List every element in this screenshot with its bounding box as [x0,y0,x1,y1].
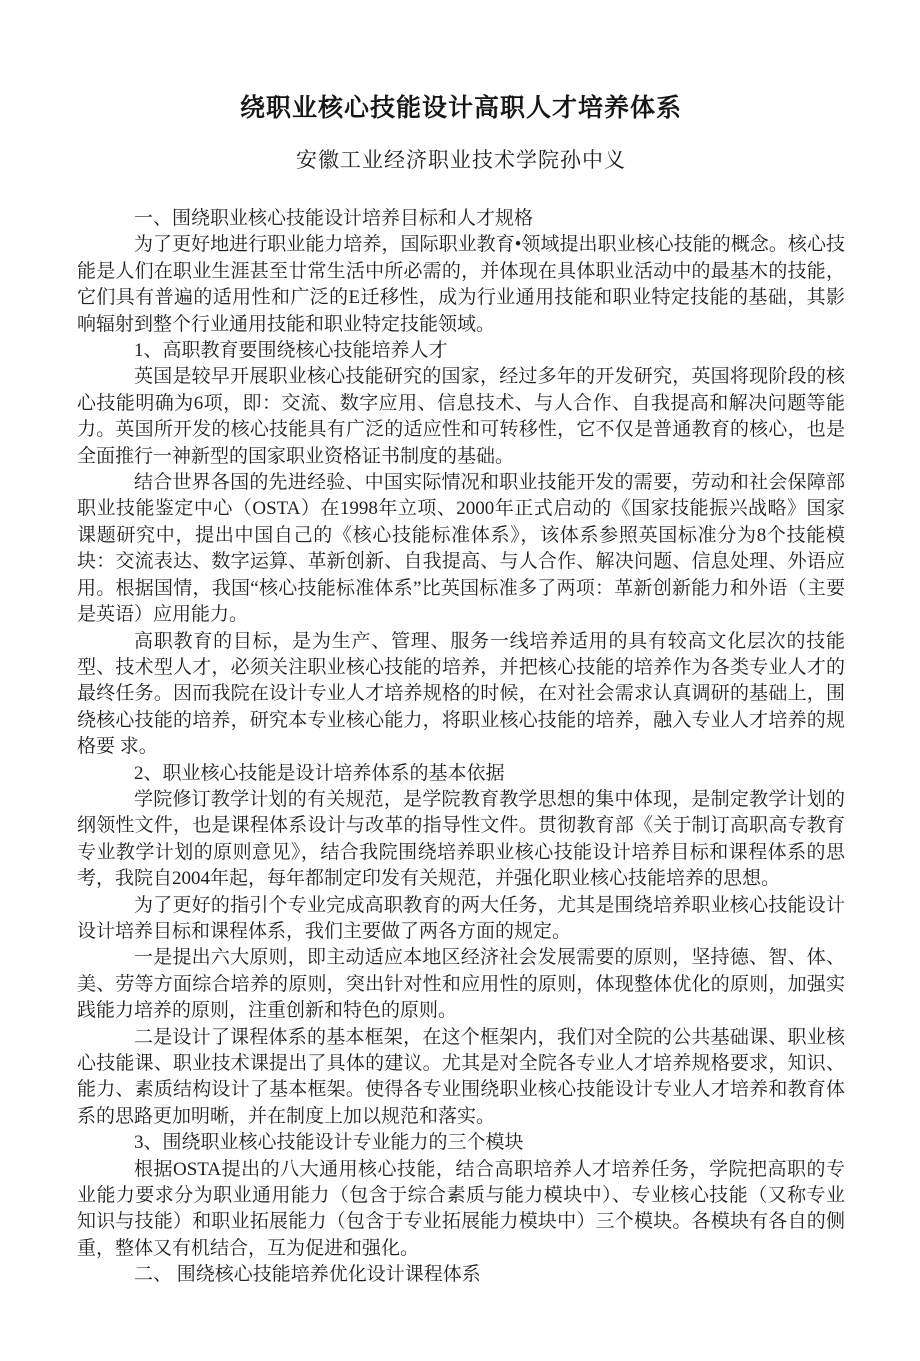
section-heading: 3、围绕职业核心技能设计专业能力的三个模块 [77,1130,845,1156]
body-paragraph: 一是提出六大原则，即主动适应本地区经济社会发展需要的原则，坚持德、智、体、美、劳… [77,945,845,1024]
body-paragraph: 为了更好的指引个专业完成高职教育的两大任务，尤其是围绕培养职业核心技能设计设计培… [77,893,845,946]
body-paragraph: 结合世界各国的先进经验、中国实际情况和职业技能开发的需要，劳动和社会保障部职业技… [77,470,845,628]
section-heading: 二、 围绕核心技能培养优化设计课程体系 [77,1262,845,1288]
section-heading: 一、围绕职业核心技能设计培养目标和人才规格 [77,206,845,232]
body-paragraph: 高职教育的目标，是为生产、管理、服务一线培养适用的具有较高文化层次的技能型、技术… [77,629,845,761]
document-author-line: 安徽工业经济职业技术学院孙中义 [77,146,845,174]
section-heading: 2、职业核心技能是设计培养体系的基本依据 [77,761,845,787]
document-page: 绕职业核心技能设计高职人才培养体系 安徽工业经济职业技术学院孙中义 一、围绕职业… [0,0,920,1361]
body-paragraph: 英国是较早开展职业核心技能研究的国家，经过多年的开发研究，英国将现阶段的核心技能… [77,364,845,470]
document-title: 绕职业核心技能设计高职人才培养体系 [77,92,845,126]
body-paragraph: 为了更好地进行职业能力培养，国际职业教育•领域提出职业核心技能的概念。核心技能是… [77,232,845,338]
section-heading: 1、高职教育要围绕核心技能培养人才 [77,338,845,364]
document-body: 一、围绕职业核心技能设计培养目标和人才规格 为了更好地进行职业能力培养，国际职业… [77,206,845,1289]
body-paragraph: 根据OSTA提出的八大通用核心技能，结合高职培养人才培养任务，学院把高职的专业能… [77,1157,845,1263]
body-paragraph: 二是设计了课程体系的基本框架，在这个框架内，我们对全院的公共基础课、职业核心技能… [77,1025,845,1131]
body-paragraph: 学院修订教学计划的有关规范，是学院教育教学思想的集中体现，是制定教学计划的纲领性… [77,787,845,893]
